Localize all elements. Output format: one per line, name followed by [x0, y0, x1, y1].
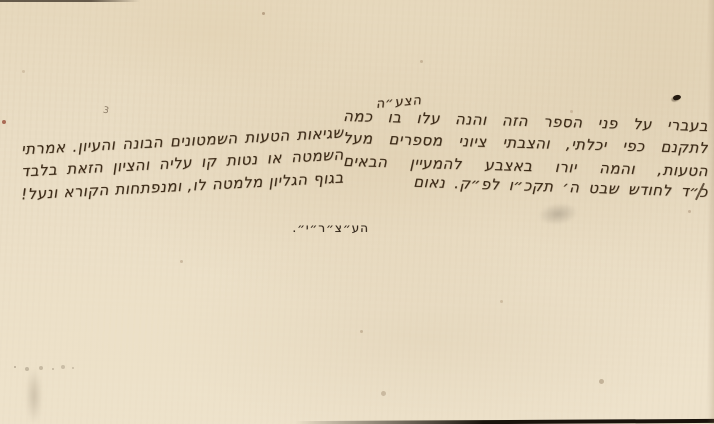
handwritten-paragraph: בעברי על פני הספר הזה והנה עלו בו כמהשגי…	[0, 0, 714, 424]
scanned-manuscript-page: הצע״ה 3 בעברי על פני הספר הזה והנה עלו ב…	[0, 0, 714, 424]
signature-abbreviation: הע״צ״ר״י״.	[297, 221, 369, 235]
handwritten-line-3: הטעות, והמה יורו באצבע להמעיין הבאיםבגוף…	[6, 157, 708, 181]
date-line: כ״ד לחודש שבט ה׳ תקכ״ו לפ״ק. נאום	[6, 183, 708, 207]
